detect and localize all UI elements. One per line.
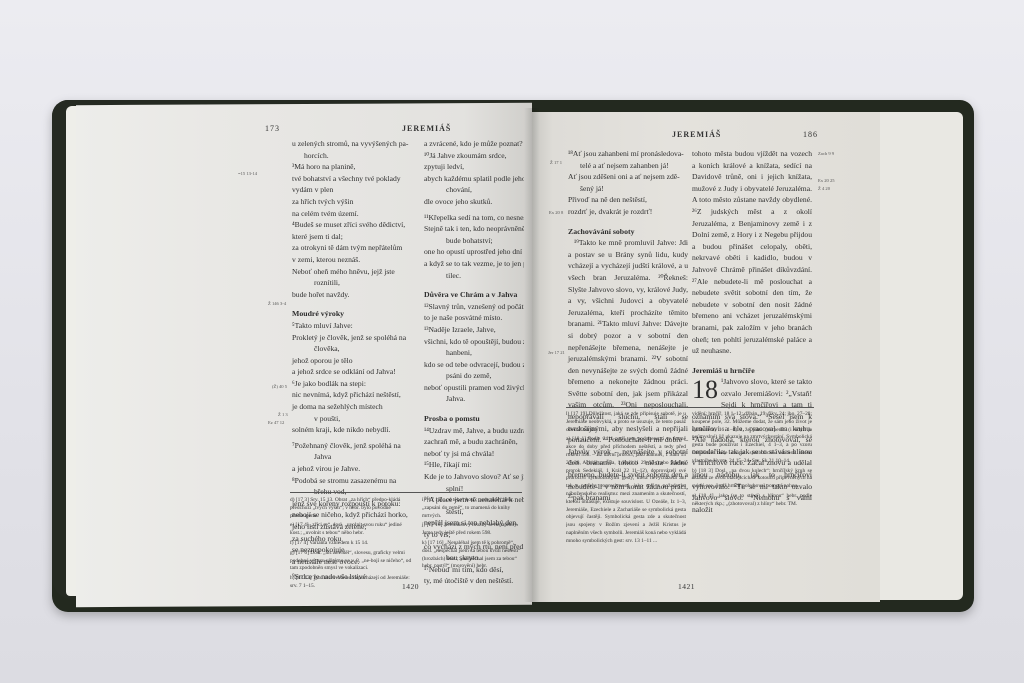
verse-line: nic nevnímá, když přichází neštěstí, <box>292 389 416 401</box>
verse-line: v zemi, kterou neznáš. <box>292 254 416 266</box>
verse-line: v poušti, <box>292 413 416 425</box>
verse-line: ¹⁴Uzdrav mě, Jahve, a budu uzdraven, <box>424 425 524 437</box>
verse-line: ty, mé útočiště v den neštěstí. <box>424 575 524 587</box>
verse-line: je doma na sežehlých místech <box>292 401 416 413</box>
verse-line: zpytuji ledví, <box>424 161 524 173</box>
verse-line: telé a ať nejsem zahanben já! <box>568 160 688 172</box>
verse-line: a jehož virou je Jahve. <box>292 463 416 475</box>
verse-line: jehož oporou je tělo <box>292 355 416 367</box>
right-footnotes-column-1: l) [17 19] Důležitost, jaká se zde připi… <box>566 411 686 576</box>
section-heading: Jeremiáš u hrnčíře <box>692 365 812 377</box>
verse-line: roznítili, <box>292 277 416 289</box>
footnote: d) [17 3] Srv. 15 13. Obrat „za hřích“ p… <box>290 497 414 520</box>
margin-ref: Ž 1 3 <box>278 412 288 417</box>
verse-line: Stejně tak i ten, kdo neoprávněně <box>424 223 524 235</box>
footnote: c) [18 4] „jako (se to stává) s hlínou“ … <box>692 493 812 509</box>
verse-line: one ho opustí uprostřed jeho dní <box>424 246 524 258</box>
verse-line: bude bohatství; <box>424 235 524 247</box>
left-footnotes-column-1: d) [17 3] Srv. 15 13. Obrat „za hřích“ p… <box>290 497 414 593</box>
margin-ref: Ex 20 25 <box>818 178 835 183</box>
verse-line: Neboť oheň mého hněvu, jejž jste <box>292 266 416 278</box>
left-footnotes-column-2: i) [17 13] „od tebe“ kost.; „ode mne“ he… <box>422 497 522 573</box>
verse-line: abych každému splatil podle jeho <box>424 173 524 185</box>
verse-line: Jahva. <box>424 393 524 405</box>
verse-line: vydám v plen <box>292 184 416 196</box>
verse-line: Prokletý je člověk, jenž se spoléhá na <box>292 332 416 344</box>
margin-ref: Ex 20 8 <box>549 210 563 215</box>
left-running-head-number: 173 <box>265 124 280 133</box>
footnote: l) [17 19] Důležitost, jaká se zde připi… <box>566 411 686 434</box>
verse-line: na celém tvém území. <box>292 208 416 220</box>
verse-line: Kde je to Jahvovo slovo? Ať se již <box>424 471 524 483</box>
right-running-head-number: 186 <box>803 130 818 139</box>
footnote-divider <box>290 492 522 493</box>
verse-line: ³Má horo na planině, <box>292 161 416 173</box>
footnote: b) [18 3] Dosl. „na dvou kolech“: hrnčíř… <box>692 468 812 491</box>
verse-line: ⁸Podobá se stromu zasazenému na <box>292 475 416 487</box>
verse-line: dle ovoce jeho skutků. <box>424 196 524 208</box>
verse-line: šený já! <box>568 183 688 195</box>
verse-line: neboť opustili pramen vod živých, <box>424 382 524 394</box>
verse-line: ¹⁰Já Jahve zkoumám srdce, <box>424 150 524 162</box>
verse-line: ¹⁵Hle, říkají mi: <box>424 459 524 471</box>
verse-line: ⁵Takto mluví Jahve: <box>292 320 416 332</box>
verse-line: ¹¹Křepelka sedí na tom, co nesnesla. <box>424 212 524 224</box>
verse-line: neboť ty jsi má chvála! <box>424 448 524 460</box>
verse-paragraph: tohoto města budou vjíždět na vozech a k… <box>692 148 812 357</box>
margin-ref: Ž 146 3-4 <box>268 301 286 306</box>
verse-line: ¹⁸Ať jsou zahanbeni mí pronásledova- <box>568 148 688 160</box>
margin-ref: =15 13-14 <box>238 171 257 176</box>
margin-ref: Ž 17 1 <box>550 160 562 165</box>
footnote: h) [17 12] Tyto dva verše asi nepocházej… <box>290 575 414 591</box>
verse-line: to je naše posvátné místo. <box>424 312 524 324</box>
verse-line: za hřích tvých výšin <box>292 196 416 208</box>
verse-line: Přivoď na ně den neštěstí, <box>568 194 688 206</box>
verse-line: horcích. <box>292 150 416 162</box>
verse-line: tvé bohatství a všechny tvé poklady <box>292 173 416 185</box>
page-block-right-edge <box>870 112 963 600</box>
verse-line: ⁶Je jako bodlák na stepi: <box>292 378 416 390</box>
verse-line: Ať jsou zděšeni oni a ať nejsem zdě- <box>568 171 688 183</box>
verse-line: ⁴Budeš se muset zříci svého dědictví, <box>292 219 416 231</box>
verse-line: hanbeni, <box>424 347 524 359</box>
section-heading: Moudré výroky <box>292 308 416 320</box>
footnote: g) [17 6] Dosl. „nic neviděl“, slovesu, … <box>290 550 414 573</box>
verse-line: bude hořet navždy. <box>292 289 416 301</box>
margin-ref: Zach 9 9 <box>818 151 834 156</box>
footnote: i) [17 13] „od tebe“ kost.; „ode mne“ he… <box>422 497 522 520</box>
verse-line: u zelených stromů, na vyvýšených pa- <box>292 138 416 150</box>
book-gutter <box>524 108 540 602</box>
margin-ref: Ž 4 20 <box>818 186 830 191</box>
verse-line: rozdrť je, dvakrát je rozdrť! <box>568 206 688 218</box>
verse-line: ¹²Slavný trůn, vznešený od počátku, <box>424 301 524 313</box>
verse-line: chování, <box>424 184 524 196</box>
footnote: f) [17 4] Varianta vzhledem k 15 14. <box>290 540 414 548</box>
verse-line: kdo se od tebe odvracejí, budou za- <box>424 359 524 371</box>
left-page-number: 1420 <box>402 582 419 591</box>
section-heading: Zachovávání soboty <box>568 226 688 238</box>
chapter-number: 18 <box>692 378 718 402</box>
left-running-head-title: JEREMIÁŠ <box>402 124 451 133</box>
right-page-number: 1421 <box>678 582 695 591</box>
margin-ref: Ez 47 12 <box>268 420 284 425</box>
section-heading: Důvěra ve Chrám a v Jahva <box>424 289 524 301</box>
section-heading: Prosba o pomstu <box>424 413 524 425</box>
verse-line: za otrokyni tě dám tvým nepřátelům <box>292 242 416 254</box>
verse-line: solném kraji, kde nikdo nebydlí. <box>292 424 416 436</box>
right-running-head-title: JEREMIÁŠ <box>672 130 721 139</box>
verse-line: tilec. <box>424 270 524 282</box>
verse-line: všichni, kdo tě opouštějí, budou za- <box>424 336 524 348</box>
footnote: k) [17 16] „Nenaléhal jsem tě k pohromě“… <box>422 540 522 571</box>
verse-line: a jehož srdce se odklání od Jahva! <box>292 366 416 378</box>
footnote-divider <box>566 407 814 408</box>
verse-line: které jsem ti dal; <box>292 231 416 243</box>
verse-line: ⁷Požehnaný člověk, jenž spoléhá na <box>292 440 416 452</box>
verse-line: zachraň mě, a budu zachráněn, <box>424 436 524 448</box>
margin-ref: (Ž) 40 5 <box>272 384 287 389</box>
verse-line: psáni do země, <box>424 370 524 382</box>
verse-line: ¹³Naděje Izraele, Jahve, <box>424 324 524 336</box>
right-footnotes-column-2: vidění; hrnčíř, 18 1–12; džbán, 19; fíky… <box>692 411 812 576</box>
footnote: vidění; hrnčíř, 18 1–12; džbán, 19; fíky… <box>692 411 812 466</box>
footnote: j) [17 15] Jeremiášovy hrozby se nenapln… <box>422 522 522 538</box>
margin-ref: Jer 17 21 <box>548 350 565 355</box>
footnote: a) [18 1] Podle v. 11 patří toto podoben… <box>566 436 686 545</box>
verse-line: a když se to tak vezme, je to jen po- <box>424 258 524 270</box>
verse-line: a zvrácené, kdo je může poznat? <box>424 138 524 150</box>
footnote: e) [17 4] „zříci se“, dosl. „uvolnit svo… <box>290 522 414 538</box>
verse-line: Jahva <box>292 451 416 463</box>
verse-line: člověka, <box>292 343 416 355</box>
